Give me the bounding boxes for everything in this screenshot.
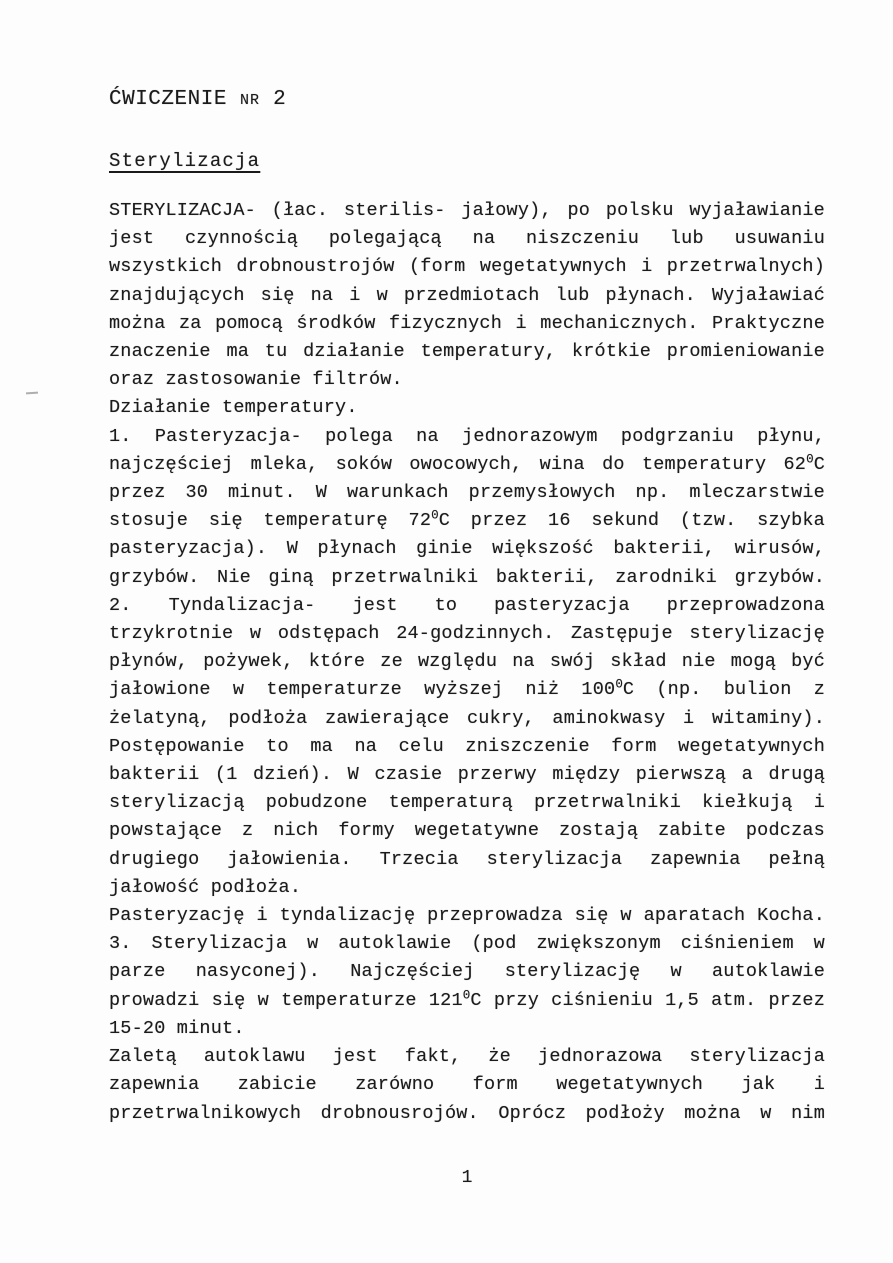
exercise-title-nr: NR — [240, 92, 260, 109]
text-line: wszystkich drobnoustrojów (form wegetaty… — [109, 253, 825, 281]
page-number: 1 — [109, 1168, 825, 1188]
text-line: znajdujących się na i w przedmiotach lub… — [109, 282, 825, 310]
text-line: grzybów. Nie giną przetrwalniki bakterii… — [109, 564, 825, 592]
superscript-zero: 0 — [431, 509, 439, 523]
text-line: przez 30 minut. W warunkach przemysłowyc… — [109, 479, 825, 507]
superscript-zero: 0 — [615, 678, 623, 692]
text-line: drugiego jałowienia. Trzecia sterylizacj… — [109, 846, 825, 874]
text-line: 2. Tyndalizacja- jest to pasteryzacja pr… — [109, 592, 825, 620]
scanned-document-page: ĆWICZENIE NR 2 Sterylizacja STERYLIZACJA… — [0, 0, 893, 1263]
text-line: jest czynnością polegającą na niszczeniu… — [109, 225, 825, 253]
superscript-zero: 0 — [463, 988, 471, 1002]
text-line: Postępowanie to ma na celu zniszczenie f… — [109, 733, 825, 761]
text-line: Działanie temperatury. — [109, 394, 825, 422]
text-line: prowadzi się w temperaturze 1210C przy c… — [109, 987, 825, 1015]
text-line: trzykrotnie w odstępach 24-godzinnych. Z… — [109, 620, 825, 648]
text-line: przetrwalnikowych drobnousrojów. Oprócz … — [109, 1100, 825, 1128]
text-line: jałowość podłoża. — [109, 874, 825, 902]
text-line: STERYLIZACJA- (łac. sterilis- jałowy), p… — [109, 197, 825, 225]
text-line: znaczenie ma tu działanie temperatury, k… — [109, 338, 825, 366]
text-line: płynów, pożywek, które ze względu na swó… — [109, 648, 825, 676]
text-line: można za pomocą środków fizycznych i mec… — [109, 310, 825, 338]
text-line: oraz zastosowanie filtrów. — [109, 366, 825, 394]
text-line: najczęściej mleka, soków owocowych, wina… — [109, 451, 825, 479]
text-line: parze nasyconej). Najczęściej sterylizac… — [109, 958, 825, 986]
exercise-title-number: 2 — [273, 88, 286, 111]
superscript-zero: 0 — [806, 452, 814, 466]
document-body: STERYLIZACJA- (łac. sterilis- jałowy), p… — [109, 197, 825, 1128]
text-line: stosuje się temperaturę 720C przez 16 se… — [109, 507, 825, 535]
exercise-title: ĆWICZENIE NR 2 — [109, 88, 286, 111]
text-line: 1. Pasteryzacja- polega na jednorazowym … — [109, 423, 825, 451]
text-line: żelatyną, podłoża zawierające cukry, ami… — [109, 705, 825, 733]
text-line: sterylizacją pobudzone temperaturą przet… — [109, 789, 825, 817]
section-heading: Sterylizacja — [109, 150, 260, 172]
text-line: 15-20 minut. — [109, 1015, 825, 1043]
text-line: 3. Sterylizacja w autoklawie (pod zwięks… — [109, 930, 825, 958]
text-line: Pasteryzację i tyndalizację przeprowadza… — [109, 902, 825, 930]
text-line: pasteryzacja). W płynach ginie większość… — [109, 535, 825, 563]
text-line: powstające z nich formy wegetatywne zost… — [109, 817, 825, 845]
margin-artifact-mark — [26, 392, 38, 395]
text-line: zapewnia zabicie zarówno form wegetatywn… — [109, 1071, 825, 1099]
text-line: bakterii (1 dzień). W czasie przerwy mię… — [109, 761, 825, 789]
text-line: Zaletą autoklawu jest fakt, że jednorazo… — [109, 1043, 825, 1071]
text-line: jałowione w temperaturze wyższej niż 100… — [109, 676, 825, 704]
exercise-title-word: ĆWICZENIE — [109, 88, 227, 111]
